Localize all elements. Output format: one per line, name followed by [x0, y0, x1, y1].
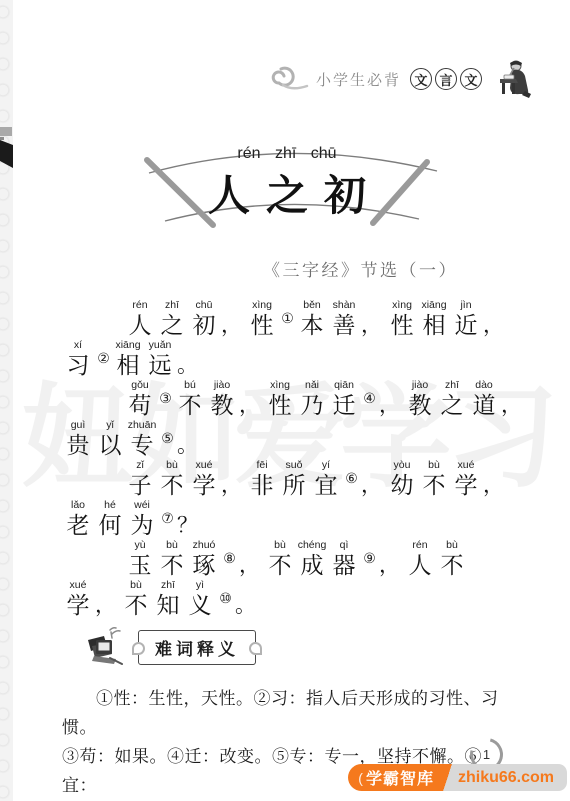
hanzi-with-pinyin: qiān迁: [329, 379, 359, 419]
hanzi-with-pinyin: jiào教: [405, 379, 435, 419]
hanzi-with-pinyin: xìng性: [247, 299, 277, 339]
punctuation: ，: [221, 459, 237, 499]
punctuation: ，: [239, 379, 255, 419]
poem-line: rén人zhī之chū初，xìng性①běn本shàn善，xìng性xiāng相…: [125, 299, 527, 339]
hanzi-with-pinyin: xìng性: [387, 299, 417, 339]
poem-line: guì贵yǐ以zhuān专⑤。: [63, 419, 527, 459]
hanzi-with-pinyin: yì义: [185, 579, 215, 619]
hanzi-with-pinyin: bù不: [419, 459, 449, 499]
poem-line: gǒu苟③bú不jiào教，xìng性nǎi乃qiān迁④，jiào教zhī之d…: [125, 379, 527, 419]
edge-bookmark-graphic: [0, 124, 15, 172]
hanzi-with-pinyin: rén人: [405, 539, 435, 579]
circled-char: 文: [460, 68, 482, 90]
hanzi-with-pinyin: yòu幼: [387, 459, 417, 499]
circled-char: 文: [410, 68, 432, 90]
footnote-marker: ⑤: [159, 419, 176, 459]
hanzi-with-pinyin: běn本: [297, 299, 327, 339]
hanzi-with-pinyin: dào道: [469, 379, 499, 419]
hanzi-with-pinyin: bù不: [437, 539, 467, 579]
poem-line: xué学，bù不zhī知yì义⑩。: [63, 579, 527, 619]
books-and-sprout-icon: [82, 626, 128, 668]
title-banner: rén zhī chū 人之初: [127, 131, 447, 239]
footnote-marker: ②: [95, 339, 112, 379]
hanzi-with-pinyin: lǎo老: [63, 499, 93, 539]
punctuation: ，: [361, 459, 377, 499]
hanzi-with-pinyin: xí习: [63, 339, 93, 379]
hanzi-with-pinyin: zǐ子: [125, 459, 155, 499]
hanzi-with-pinyin: zhī之: [437, 379, 467, 419]
footnote-marker: ⑥: [343, 459, 360, 499]
poem-line: yù玉bù不zhuó琢⑧，bù不chéng成qì器⑨，rén人bù不: [125, 539, 527, 579]
punctuation: ，: [501, 379, 517, 419]
punctuation: 。: [177, 339, 193, 379]
cloud-swirl-icon: [270, 66, 310, 92]
poem-line: zǐ子bù不xué学，fēi非suǒ所yí宜⑥，yòu幼bù不xué学，: [125, 459, 527, 499]
footnote-marker: ⑦: [159, 499, 176, 539]
site-brand-badge: (学霸智库 zhiku66.com: [348, 764, 567, 791]
hanzi-with-pinyin: hé何: [95, 499, 125, 539]
brand-name: 学霸智库: [366, 766, 434, 789]
hanzi-with-pinyin: yù玉: [125, 539, 155, 579]
page-header: 小学生必背 文 言 文: [0, 56, 570, 102]
hanzi-with-pinyin: chéng成: [297, 539, 327, 579]
hanzi-with-pinyin: bù不: [157, 459, 187, 499]
footnote-marker: ④: [361, 379, 378, 419]
title-pinyin: rén zhī chū: [127, 145, 447, 163]
hanzi-with-pinyin: yí宜: [311, 459, 341, 499]
punctuation: ，: [361, 299, 377, 339]
hanzi-with-pinyin: xiāng相: [419, 299, 449, 339]
hanzi-with-pinyin: xìng性: [265, 379, 295, 419]
hanzi-with-pinyin: nǎi乃: [297, 379, 327, 419]
source-attribution: 《三字经》节选（一）: [263, 256, 458, 281]
hanzi-with-pinyin: zhī知: [153, 579, 183, 619]
punctuation: ，: [239, 539, 255, 579]
section-header: 难词释义: [82, 626, 256, 668]
note-line: ①性：生性，天性。②习：指人后天形成的习性、习惯。: [62, 684, 514, 742]
hanzi-with-pinyin: zhī之: [157, 299, 187, 339]
footnote-marker: ⑨: [361, 539, 378, 579]
punctuation: ，: [221, 299, 237, 339]
hanzi-with-pinyin: yuǎn远: [145, 339, 175, 379]
hanzi-with-pinyin: chū初: [189, 299, 219, 339]
footnote-marker: ③: [157, 379, 174, 419]
footnote-marker: ⑩: [217, 579, 234, 619]
hanzi-with-pinyin: suǒ所: [279, 459, 309, 499]
hanzi-with-pinyin: qì器: [329, 539, 359, 579]
section-label: 难词释义: [138, 630, 256, 665]
poem-line: xí习②xiāng相yuǎn远。: [63, 339, 527, 379]
circled-char: 言: [435, 68, 457, 90]
hanzi-with-pinyin: bù不: [157, 539, 187, 579]
hanzi-with-pinyin: gǒu苟: [125, 379, 155, 419]
punctuation: ，: [483, 299, 499, 339]
hanzi-with-pinyin: rén人: [125, 299, 155, 339]
poem-line: lǎo老hé何wéi为⑦？: [63, 499, 527, 539]
book-page: 小学生必背 文 言 文 rén zhī chū 人之初 《三字经》节选（一）: [0, 0, 570, 801]
series-circled-chars: 文 言 文: [410, 68, 482, 90]
brand-wedge: [438, 764, 456, 791]
punctuation: ，: [95, 579, 111, 619]
brand-site: zhiku66.com: [456, 764, 567, 791]
brand-decoration: (: [358, 770, 364, 786]
hanzi-with-pinyin: wéi为: [127, 499, 157, 539]
hanzi-with-pinyin: xué学: [63, 579, 93, 619]
series-title: 小学生必背: [316, 69, 401, 90]
punctuation: ？: [177, 499, 193, 539]
hanzi-with-pinyin: xué学: [189, 459, 219, 499]
hanzi-with-pinyin: bú不: [175, 379, 205, 419]
page-title: 人之初: [127, 163, 447, 223]
brand-name-box: (学霸智库: [348, 764, 438, 791]
hanzi-with-pinyin: fēi非: [247, 459, 277, 499]
hanzi-with-pinyin: jiào教: [207, 379, 237, 419]
punctuation: ，: [379, 539, 395, 579]
hanzi-with-pinyin: jìn近: [451, 299, 481, 339]
punctuation: ，: [379, 379, 395, 419]
footnote-marker: ⑧: [221, 539, 238, 579]
hanzi-with-pinyin: xiāng相: [113, 339, 143, 379]
hanzi-with-pinyin: zhuān专: [127, 419, 157, 459]
hanzi-with-pinyin: shàn善: [329, 299, 359, 339]
poem: rén人zhī之chū初，xìng性①běn本shàn善，xìng性xiāng相…: [63, 299, 527, 619]
hanzi-with-pinyin: guì贵: [63, 419, 93, 459]
hanzi-with-pinyin: zhuó琢: [189, 539, 219, 579]
punctuation: 。: [177, 419, 193, 459]
punctuation: 。: [235, 579, 251, 619]
punctuation: ，: [483, 459, 499, 499]
hanzi-with-pinyin: xué学: [451, 459, 481, 499]
hanzi-with-pinyin: bù不: [265, 539, 295, 579]
footnote-marker: ①: [279, 299, 296, 339]
scholar-at-desk-icon: [492, 57, 536, 101]
left-edge-pattern: [0, 0, 13, 801]
hanzi-with-pinyin: yǐ以: [95, 419, 125, 459]
hanzi-with-pinyin: bù不: [121, 579, 151, 619]
